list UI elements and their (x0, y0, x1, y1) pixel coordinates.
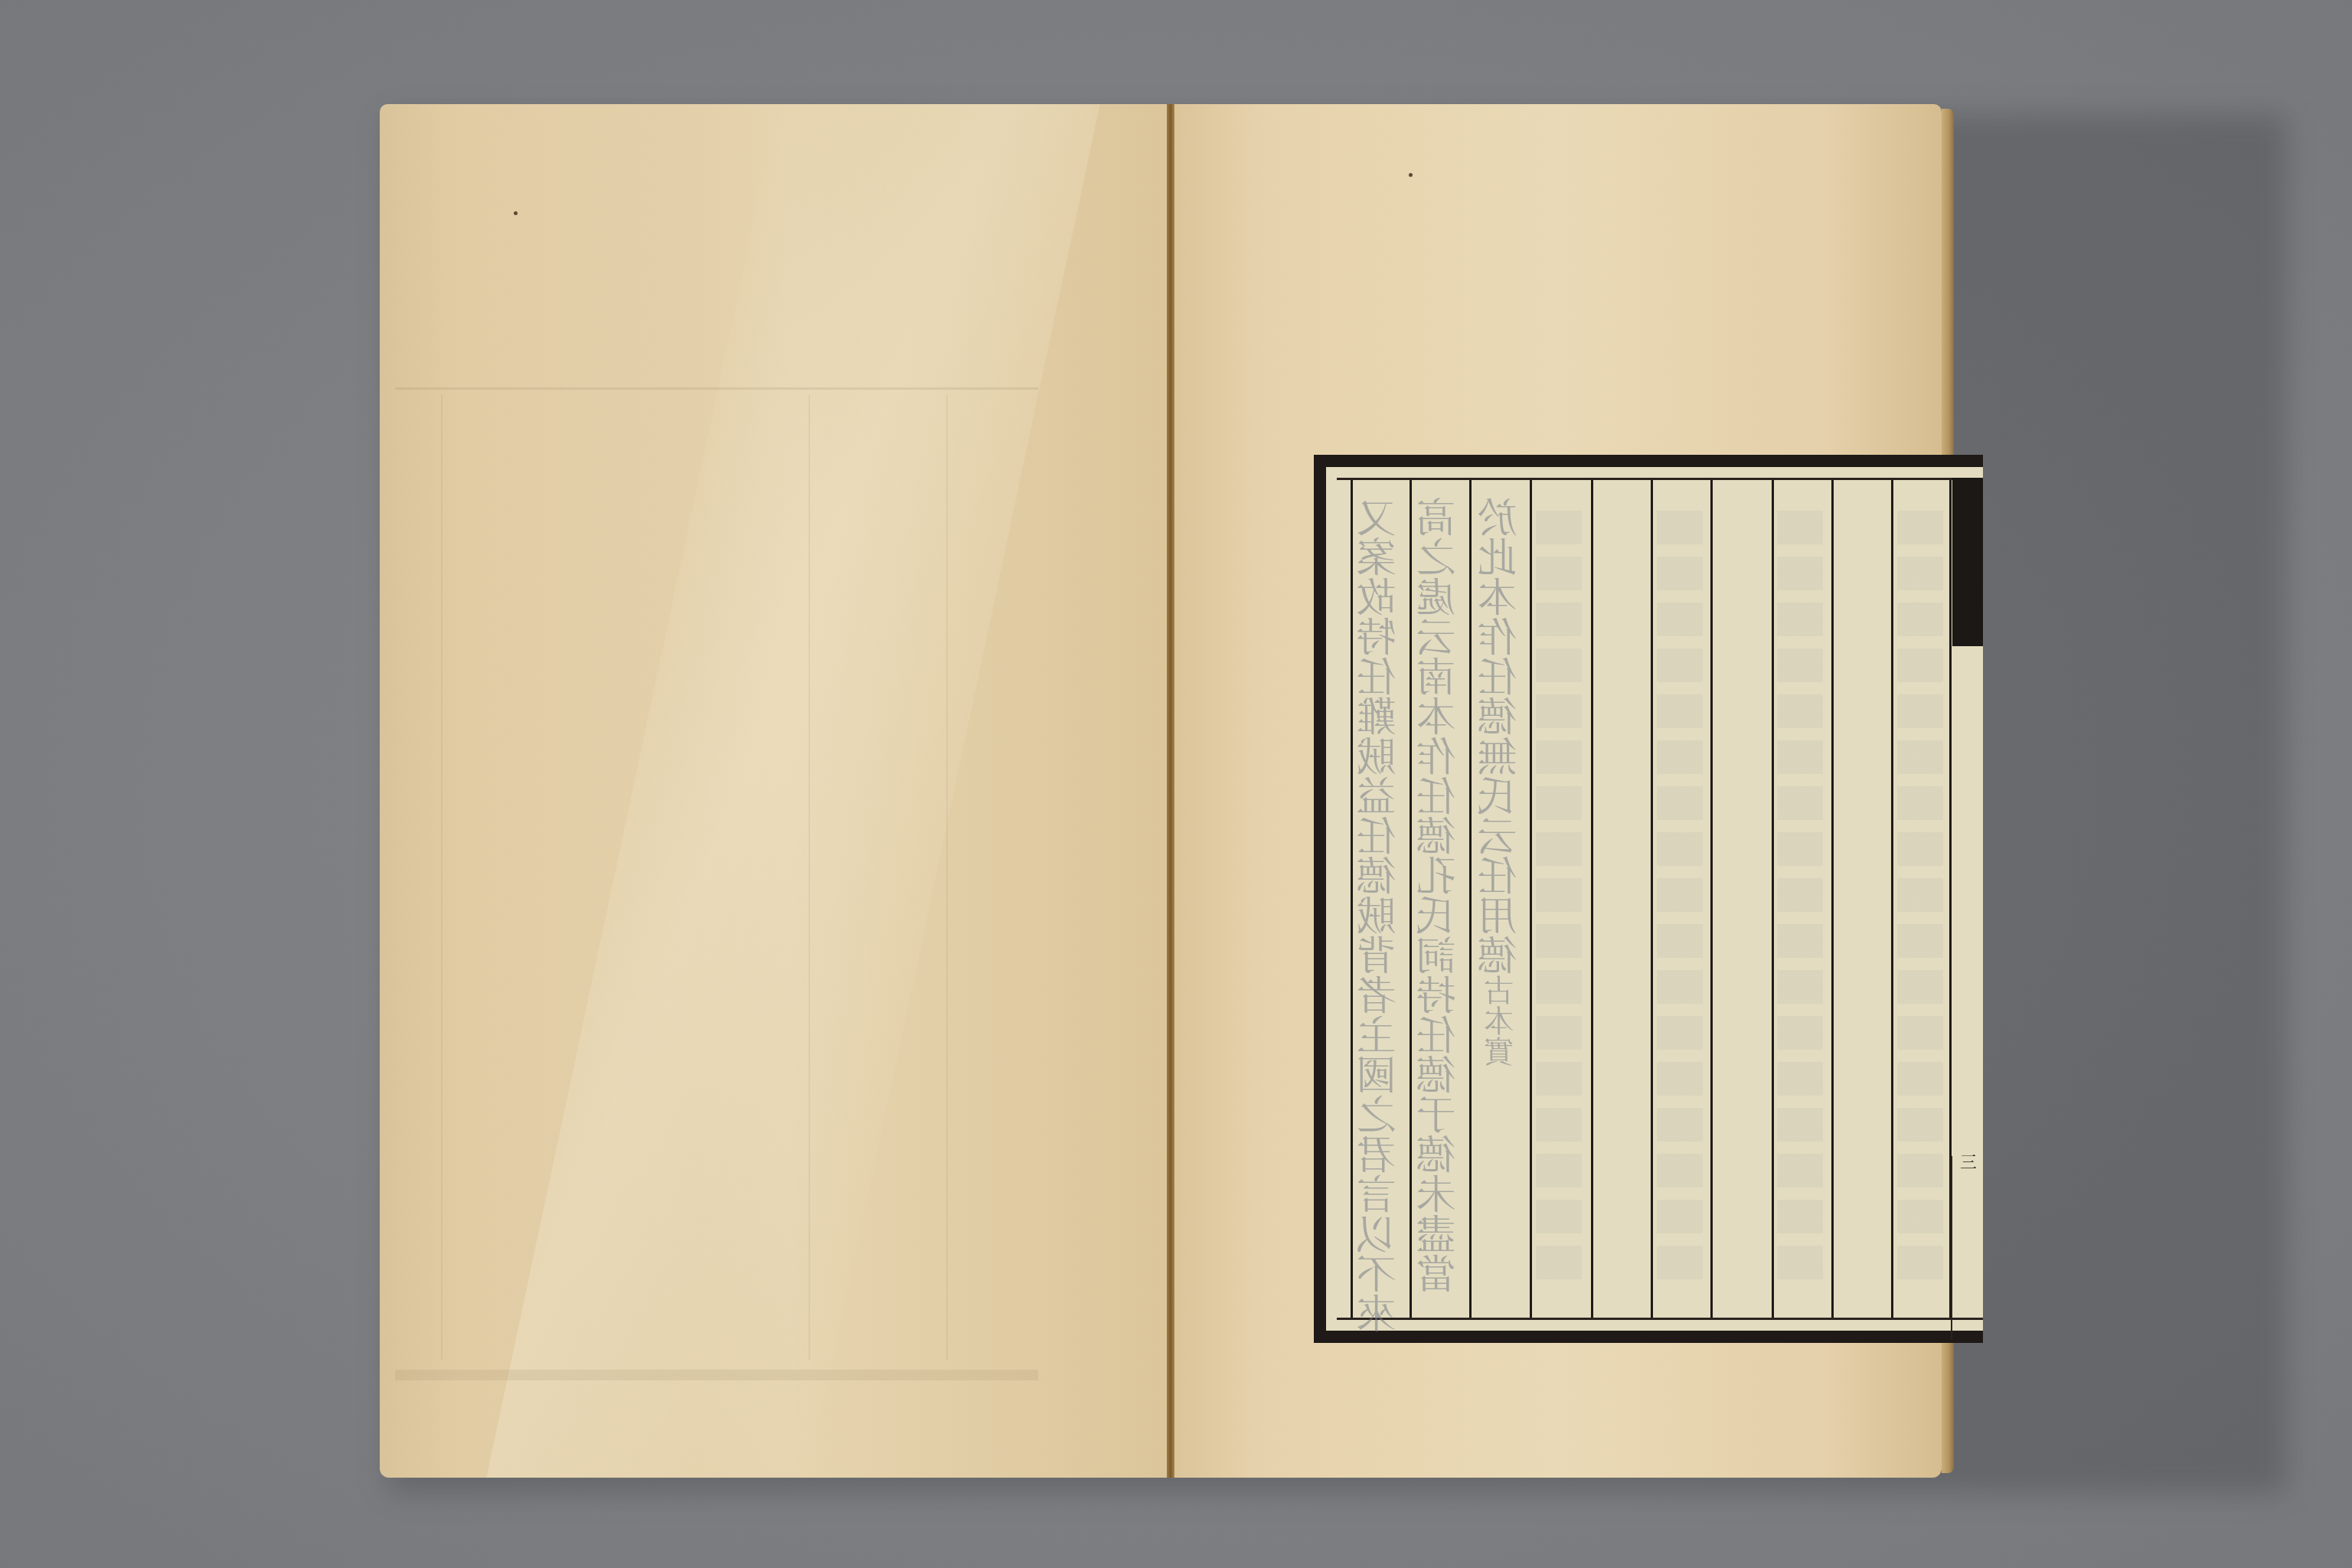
bleed-text: 持任德于德未盡當 (1417, 975, 1463, 1293)
book-gutter (1167, 104, 1174, 1478)
bleed-text-small: 古本實 (1478, 975, 1524, 1067)
bleed-through-column: 高之處云南本作任德孔氏詞 持任德于德未盡當 (1413, 497, 1467, 1293)
bleed-text: 於此本作任德無氏云任用德 (1478, 497, 1524, 975)
bleed-text: 又案故特任難賊益任德賊 (1357, 497, 1403, 935)
column-rule (1710, 480, 1713, 1318)
ghost-column-line (946, 395, 948, 1360)
ghost-column-line (808, 395, 810, 1360)
column-rule (1530, 480, 1532, 1318)
ink-speck (514, 211, 518, 215)
left-page (380, 104, 1168, 1478)
column-rule (1410, 480, 1412, 1318)
ghost-column-line (441, 395, 443, 1360)
bleed-through-column: 又案故特任難賊益任德賊 背者主國之君言以不來 (1354, 497, 1407, 1333)
column-rule (1772, 480, 1774, 1318)
ghost-frame-impression (395, 387, 1038, 1380)
column-rule (1891, 480, 1893, 1318)
fishtail-heart-block (1952, 478, 1983, 646)
bleed-through-column: 於此本作任德無氏云任用德 古本實 (1475, 497, 1528, 1067)
column-rule (1831, 480, 1834, 1318)
margin-glyph: 三 (1958, 1155, 1978, 1171)
column-rule (1591, 480, 1593, 1318)
column-rule (1469, 480, 1472, 1318)
printed-frame: 於此本作任德無氏云任用德 古本實 高之處云南本作任德孔氏詞 持任德于德未盡當 又… (1314, 455, 1983, 1343)
bleed-text: 高之處云南本作任德孔氏詞 (1417, 497, 1463, 975)
faint-ghost-column (1897, 511, 1943, 1287)
frame-inner: 於此本作任德無氏云任用德 古本實 高之處云南本作任德孔氏詞 持任德于德未盡當 又… (1337, 478, 1983, 1320)
ink-speck (1409, 173, 1413, 177)
column-rule (1651, 480, 1653, 1318)
fishtail-lower-band (1951, 1156, 1983, 1340)
bleed-text: 背者主國之君言以不來 (1357, 935, 1403, 1333)
faint-ghost-column (1777, 511, 1823, 1287)
column-rule (1351, 480, 1353, 1318)
faint-ghost-column (1536, 511, 1582, 1287)
faint-ghost-column (1657, 511, 1703, 1287)
